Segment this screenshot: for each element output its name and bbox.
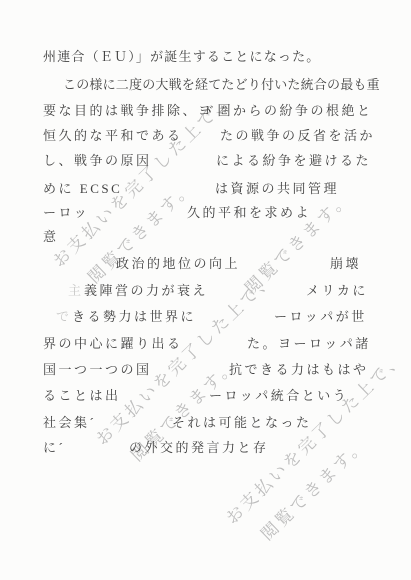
text-line-7-seg-1: ーロッ — [43, 206, 89, 220]
text-line-6-seg-1: めに ECSC — [43, 182, 122, 196]
document-page: 州連合（ＥＵ）」が誕生することになった。この様に二度の大戦を経てたどり付いた統合… — [0, 0, 411, 580]
text-line-9-seg-2: 崩壊 — [330, 257, 361, 271]
text-line-11-seg-2: きる勢力は世界に — [72, 310, 196, 324]
text-line-16-seg-2: の外交的発言力と存 — [129, 441, 269, 455]
text-line-1-seg-1: 州連合（ＥＵ）」が誕生することになった。 — [43, 50, 321, 64]
text-line-4-seg-1: 恒久的な平和である — [43, 129, 183, 143]
text-line-12-seg-1: 界の中心に躍り出る — [43, 337, 183, 351]
text-line-14-seg-2: ーロッパ統合という — [209, 389, 348, 403]
text-line-13-seg-2: 抗できる力はもはや — [229, 363, 369, 377]
text-line-9-seg-1: 政治的地位の向上 — [116, 257, 240, 271]
text-line-14-seg-1: ることは出 — [43, 389, 121, 403]
text-line-5-seg-1: し、戦争の原因 — [43, 154, 152, 168]
text-line-12-seg-2: た。ヨーロッパ諸 — [247, 337, 371, 351]
text-line-4-seg-2: たの戦争の反省を活か — [220, 129, 375, 143]
text-line-10-seg-1: 主 — [68, 284, 84, 298]
text-line-7-seg-2: 久的平和を求めよ — [187, 206, 311, 220]
text-line-15-seg-1: 社会集´ — [43, 416, 96, 430]
text-line-15-seg-2: それは可能となった — [172, 416, 312, 430]
text-line-6-seg-2: は資源の共同管理 — [215, 182, 339, 196]
text-line-13-seg-1: 国一つ一つの国 — [43, 363, 152, 377]
text-line-10-seg-2: 義陣営の力が衰え — [84, 284, 208, 298]
text-line-11-seg-3: ーロッパが世 — [274, 310, 367, 324]
text-line-8-seg-1: 意 — [43, 230, 59, 244]
text-line-10-seg-3: メリカに — [306, 284, 368, 298]
text-line-3-seg-1: 要な目的は戦争排除、ヨ — [43, 104, 214, 118]
text-line-5-seg-2: による紛争を避けるた — [216, 154, 371, 168]
text-line-2-seg-1: この様に二度の大戦を経てたどり付いた統合の最も重 — [63, 78, 380, 92]
text-line-11-seg-1: で — [56, 310, 72, 324]
text-line-16-seg-1: に´ — [43, 441, 65, 455]
text-line-3-seg-2: ヾ圏からの紛争の根絶と — [202, 104, 373, 118]
